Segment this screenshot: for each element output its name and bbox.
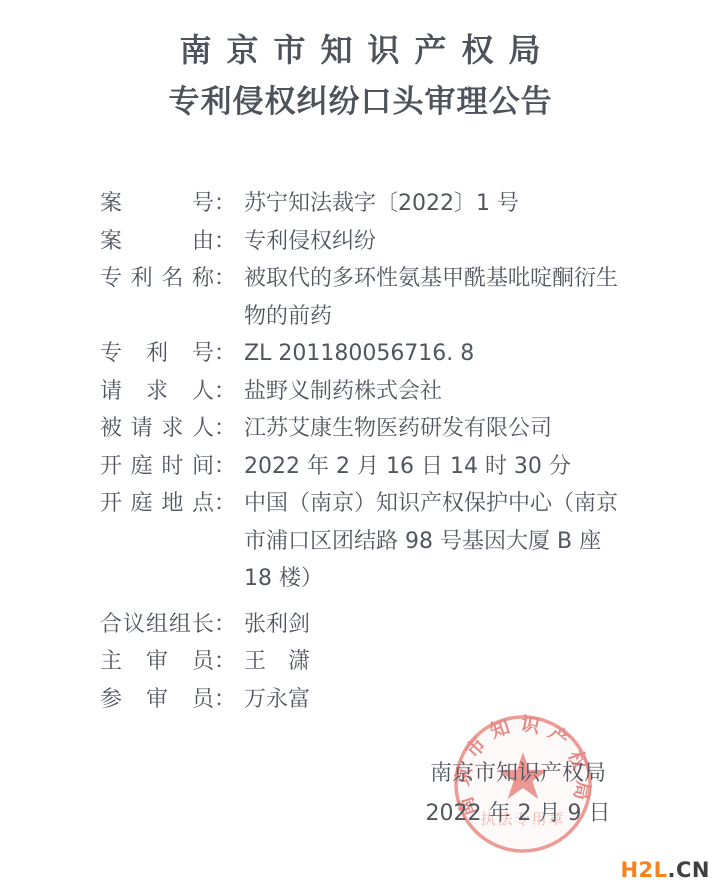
field-colon: ：: [214, 485, 236, 523]
field-label: 开庭地点: [100, 485, 214, 523]
field-label: 专利名称: [100, 260, 214, 298]
field-row: 案号： 苏宁知法裁字〔2022〕1 号: [100, 185, 620, 223]
signature-date: 2022 年 2 月 9 日: [413, 802, 623, 826]
field-label: 开庭时间: [100, 448, 214, 486]
fields-list: 案号： 苏宁知法裁字〔2022〕1 号 案由： 专利侵权纠纷 专利名称： 被取代…: [100, 185, 620, 718]
field-colon: ：: [214, 223, 236, 261]
document-subtitle: 专利侵权纠纷口头审理公告: [0, 85, 720, 119]
field-label: 案号: [100, 185, 214, 223]
field-value: 苏宁知法裁字〔2022〕1 号: [244, 185, 626, 223]
field-value: 王 潇: [244, 643, 626, 681]
field-value: 专利侵权纠纷: [244, 223, 626, 261]
field-row: 开庭地点： 中国（南京）知识产权保护中心（南京市浦口区团结路 98 号基因大厦 …: [100, 485, 620, 598]
field-value: ZL 201180056716. 8: [244, 335, 626, 373]
field-row: 请求人： 盐野义制药株式会社: [100, 373, 620, 411]
field-row: 合议组组长： 张利剑: [100, 606, 620, 644]
field-colon: ：: [214, 335, 236, 373]
field-colon: ：: [214, 448, 236, 486]
field-colon: ：: [214, 681, 236, 719]
field-value: 被取代的多环性氨基甲酰基吡啶酮衍生物的前药: [244, 260, 626, 335]
field-colon: ：: [214, 260, 236, 298]
field-colon: ：: [214, 606, 236, 644]
field-colon: ：: [214, 410, 236, 448]
document-title: 南京市知识产权局: [0, 33, 720, 67]
field-value: 中国（南京）知识产权保护中心（南京市浦口区团结路 98 号基因大厦 B 座 18…: [244, 485, 626, 598]
field-label: 案由: [100, 223, 214, 261]
site-watermark: H2L.CN: [620, 858, 710, 882]
watermark-brand: H2L: [620, 858, 667, 882]
field-row: 被请求人： 江苏艾康生物医药研发有限公司: [100, 410, 620, 448]
field-colon: ：: [214, 185, 236, 223]
field-value: 2022 年 2 月 16 日 14 时 30 分: [244, 448, 626, 486]
field-value: 盐野义制药株式会社: [244, 373, 626, 411]
field-row: 专利号： ZL 201180056716. 8: [100, 335, 620, 373]
watermark-suffix: .CN: [668, 858, 710, 882]
field-value: 张利剑: [244, 606, 626, 644]
field-row: 主审员： 王 潇: [100, 643, 620, 681]
field-label: 主审员: [100, 643, 214, 681]
field-label: 专利号: [100, 335, 214, 373]
document-page: 南京市知识产权局 专利侵权纠纷口头审理公告 案号： 苏宁知法裁字〔2022〕1 …: [0, 0, 720, 895]
signature-block: 南京市知识产权局 2022 年 2 月 9 日: [413, 762, 623, 826]
field-row: 开庭时间： 2022 年 2 月 16 日 14 时 30 分: [100, 448, 620, 486]
field-row: 专利名称： 被取代的多环性氨基甲酰基吡啶酮衍生物的前药: [100, 260, 620, 335]
field-label: 请求人: [100, 373, 214, 411]
field-colon: ：: [214, 373, 236, 411]
field-label: 参审员: [100, 681, 214, 719]
field-label: 合议组组长: [100, 606, 214, 644]
field-colon: ：: [214, 643, 236, 681]
field-row: 案由： 专利侵权纠纷: [100, 223, 620, 261]
field-label: 被请求人: [100, 410, 214, 448]
signature-org: 南京市知识产权局: [413, 762, 623, 786]
field-value: 江苏艾康生物医药研发有限公司: [244, 410, 626, 448]
